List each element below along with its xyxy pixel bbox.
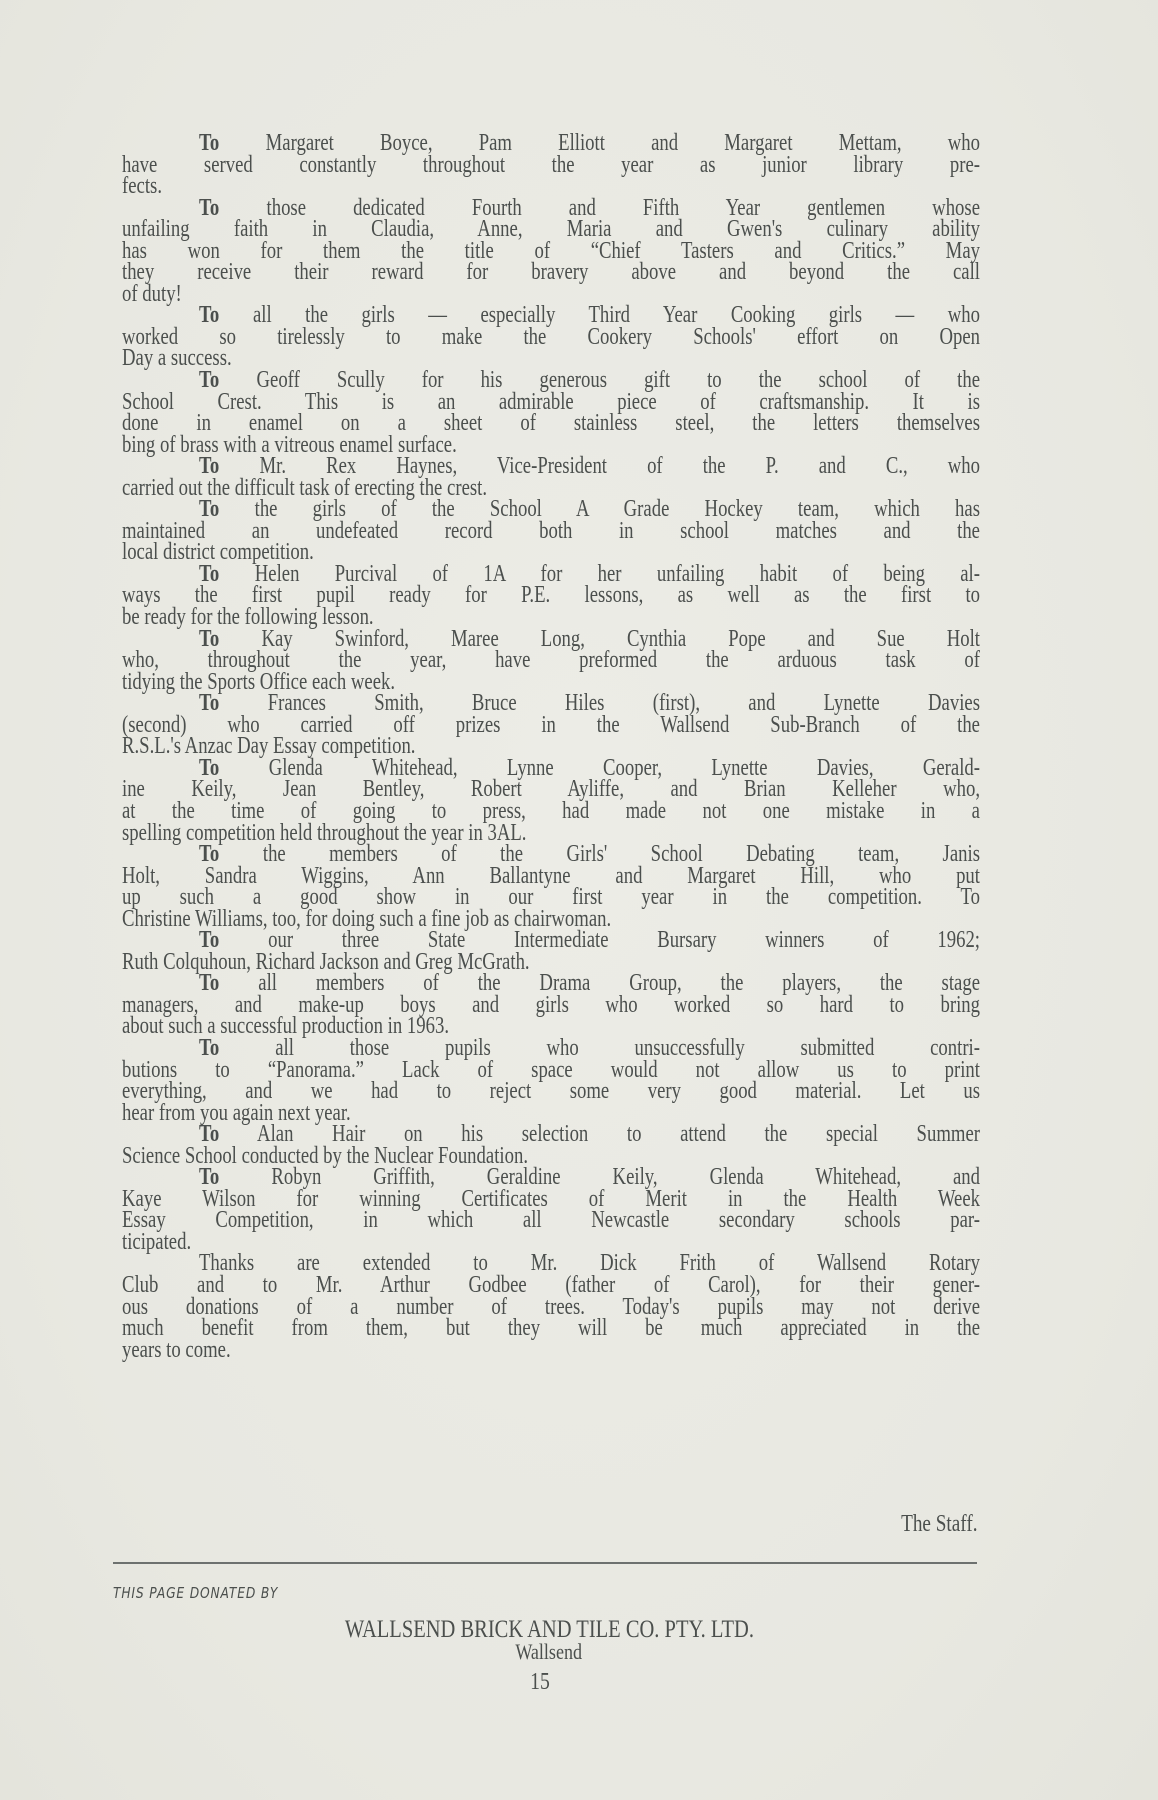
paragraph: To Geoff Scully for his generous gift to… xyxy=(122,370,980,456)
donor-place-text: Wallsend xyxy=(516,1641,583,1663)
text-line: Essay Competition, in which all Newcastl… xyxy=(122,1210,980,1232)
paragraph: To Glenda Whitehead, Lynne Cooper, Lynet… xyxy=(122,758,980,844)
text-line: they receive their reward for bravery ab… xyxy=(122,262,980,284)
line-text: much benefit from them, but they will be… xyxy=(122,1315,980,1341)
acknowledgements-body: To Margaret Boyce, Pam Elliott and Marga… xyxy=(122,133,980,1361)
page-number-text: 15 xyxy=(530,1670,550,1694)
paragraph: To Kay Swinford, Maree Long, Cynthia Pop… xyxy=(122,629,980,694)
text-line: much benefit from them, but they will be… xyxy=(122,1318,980,1340)
page-number: 15 xyxy=(0,1670,1080,1694)
paragraph: To the members of the Girls' School Deba… xyxy=(122,844,980,930)
paragraph: To Alan Hair on his selection to attend … xyxy=(122,1124,980,1167)
paragraph: To Margaret Boyce, Pam Elliott and Marga… xyxy=(122,133,980,198)
paragraph: To those dedicated Fourth and Fifth Year… xyxy=(122,198,980,306)
document-page: To Margaret Boyce, Pam Elliott and Marga… xyxy=(0,0,1158,1800)
paragraph: To Mr. Rex Haynes, Vice-President of the… xyxy=(122,456,980,499)
line-text: Essay Competition, in which all Newcastl… xyxy=(122,1207,980,1233)
line-text: fects. xyxy=(122,173,162,199)
text-line: years to come. xyxy=(122,1340,980,1362)
line-text: they receive their reward for bravery ab… xyxy=(122,259,980,285)
paragraph: To the girls of the School A Grade Hocke… xyxy=(122,499,980,564)
text-line: worked so tirelessly to make the Cookery… xyxy=(122,327,980,349)
line-text: worked so tirelessly to make the Cookery… xyxy=(122,324,980,350)
line-text: years to come. xyxy=(122,1337,231,1363)
line-text: ticipated. xyxy=(122,1229,191,1255)
paragraph: To all those pupils who unsuccessfully s… xyxy=(122,1038,980,1124)
paragraph: To Frances Smith, Bruce Hiles (first), a… xyxy=(122,693,980,758)
donor-place: Wallsend xyxy=(0,1641,1098,1663)
line-text: of duty! xyxy=(122,281,182,307)
paragraph: To Helen Purcival of 1A for her unfailin… xyxy=(122,564,980,629)
paragraph: Thanks are extended to Mr. Dick Frith of… xyxy=(122,1253,980,1361)
paragraph: To Robyn Griffith, Geraldine Keily, Glen… xyxy=(122,1167,980,1253)
line-text: have served constantly throughout the ye… xyxy=(122,152,980,178)
closing-signature: The Staff. xyxy=(902,1512,978,1536)
paragraph: To all members of the Drama Group, the p… xyxy=(122,973,980,1038)
text-line: have served constantly throughout the ye… xyxy=(122,155,980,177)
paragraph: To all the girls — especially Third Year… xyxy=(122,305,980,370)
paragraph: To our three State Intermediate Bursary … xyxy=(122,930,980,973)
footer-separator xyxy=(113,1562,977,1564)
donated-by-label: THIS PAGE DONATED BY xyxy=(113,1584,278,1602)
